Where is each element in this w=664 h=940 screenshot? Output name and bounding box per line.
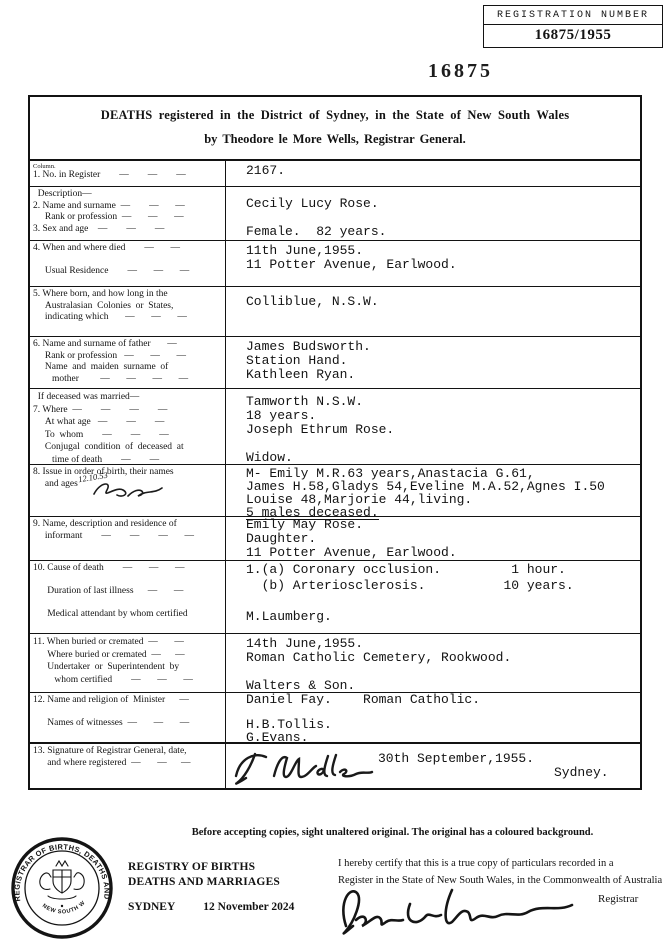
form-title-line2: by Theodore le More Wells, Registrar Gen…: [30, 132, 640, 147]
form-row-minister-witnesses: 12. Name and religion of Minister — Name…: [30, 692, 640, 742]
row-value: Colliblue, N.S.W.: [226, 287, 640, 336]
row-value: 1.(a) Coronary occlusion. 1 hour. (b) Ar…: [226, 561, 640, 633]
registry-seal: REGISTRAR OF BIRTHS, DEATHS AND MARRIAGE…: [6, 836, 118, 940]
form-header: DEATHS registered in the District of Syd…: [30, 97, 640, 159]
issue-names: M- Emily M.R.63 years,Anastacia G.61, Ja…: [246, 466, 605, 507]
stamped-page-number: 16875: [428, 60, 493, 83]
form-row-marriage: If deceased was married— 7. Where — — — …: [30, 388, 640, 464]
row-label: Description— 2. Name and surname — — — R…: [33, 189, 224, 235]
row-label: 11. When buried or cremated — — Where bu…: [33, 636, 224, 686]
form-row-parents: 6. Name and surname of father — Rank or …: [30, 336, 640, 388]
death-certificate-page: REGISTRATION NUMBER 16875/1955 16875 DEA…: [0, 0, 664, 940]
registration-number-box: REGISTRATION NUMBER 16875/1955: [483, 5, 663, 48]
form-row-no-in-register: Column. 1. No. in Register — — — 2167.: [30, 159, 640, 186]
row-label: 5. Where born, and how long in the Austr…: [33, 289, 224, 324]
row-value: Tamworth N.S.W. 18 years. Joseph Ethrum …: [226, 389, 640, 464]
issue-place-date: SYDNEY12 November 2024: [128, 901, 294, 913]
footer-notice: Before accepting copies, sight unaltered…: [140, 827, 645, 838]
row-label: 6. Name and surname of father — Rank or …: [33, 339, 224, 385]
row-value: 11th June,1955. 11 Potter Avenue, Earlwo…: [226, 241, 640, 286]
registration-number-title: REGISTRATION NUMBER: [484, 6, 662, 25]
registry-name: REGISTRY OF BIRTHS DEATHS AND MARRIAGES: [128, 860, 280, 889]
row-value: M- Emily M.R.63 years,Anastacia G.61, Ja…: [226, 465, 640, 516]
row-label: 13. Signature of Registrar General, date…: [33, 746, 224, 769]
row-value: James Budsworth. Station Hand. Kathleen …: [226, 337, 640, 388]
row-value: Emily May Rose. Daughter. 11 Potter Aven…: [226, 517, 640, 560]
row-label: 10. Cause of death — — — Duration of las…: [33, 563, 224, 621]
registrar-general-signature: [228, 744, 378, 786]
row-label: 9. Name, description and residence of in…: [33, 519, 224, 542]
form-row-where-born: 5. Where born, and how long in the Austr…: [30, 286, 640, 336]
row-value: 14th June,1955. Roman Catholic Cemetery,…: [226, 634, 640, 692]
registration-number-value: 16875/1955: [484, 25, 662, 44]
certify-line1: I hereby certify that this is a true cop…: [338, 855, 662, 872]
form-row-informant: 9. Name, description and residence of in…: [30, 516, 640, 560]
form-row-burial: 11. When buried or cremated — — Where bu…: [30, 633, 640, 692]
seal-coat-of-arms: [40, 861, 84, 907]
form-row-description: Description— 2. Name and surname — — — R…: [30, 186, 640, 240]
registration-date: 30th September,1955.: [378, 752, 534, 766]
issue-date: 12 November 2024: [203, 901, 294, 913]
form-row-cause-of-death: 10. Cause of death — — — Duration of las…: [30, 560, 640, 633]
form-title-line1: DEATHS registered in the District of Syd…: [30, 108, 640, 123]
row-label: 8. Issue in order of birth, their names …: [33, 467, 224, 490]
form-row-registrar-signature: 13. Signature of Registrar General, date…: [30, 742, 640, 788]
row-label: 12. Name and religion of Minister — Name…: [33, 695, 224, 730]
registrar-signature: [330, 882, 585, 936]
row-value: 2167.: [226, 161, 640, 186]
register-form: DEATHS registered in the District of Syd…: [28, 95, 642, 790]
row-value: 30th September,1955. Sydney.: [226, 744, 640, 788]
issue-place: SYDNEY: [128, 901, 175, 913]
column-note: Column.: [33, 163, 224, 170]
registration-place: Sydney.: [554, 766, 609, 780]
row-value: Daniel Fay. Roman Catholic. H.B.Tollis. …: [226, 693, 640, 742]
form-row-when-where-died: 4. When and where died — — Usual Residen…: [30, 240, 640, 286]
row-label: 1. No. in Register — — —: [33, 170, 224, 182]
row-value: Cecily Lucy Rose. Female. 82 years.: [226, 187, 640, 240]
form-row-issue: 8. Issue in order of birth, their names …: [30, 464, 640, 516]
registrar-label: Registrar: [598, 893, 638, 905]
row-label: If deceased was married— 7. Where — — — …: [33, 391, 224, 467]
row-label: 4. When and where died — — Usual Residen…: [33, 243, 224, 278]
